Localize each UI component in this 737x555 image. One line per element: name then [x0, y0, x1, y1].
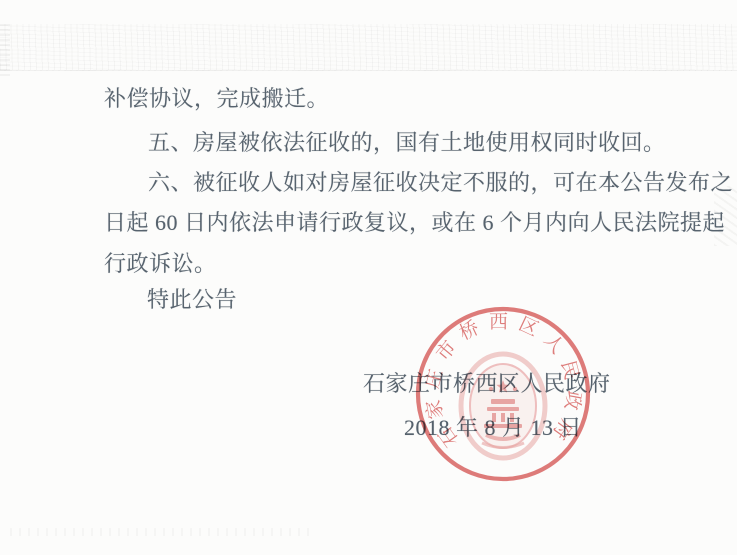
- scanned-notice-page: 补偿协议，完成搬迁。 五、房屋被依法征收的，国有土地使用权同时收回。 六、被征收…: [0, 0, 737, 555]
- issuer-signature: 石家庄市桥西区人民政府: [363, 367, 611, 398]
- scan-noise-band: [0, 24, 737, 71]
- body-line: 六、被征收人如对房屋征收决定不服的，可在本公告发布之: [148, 166, 733, 197]
- body-line: 特此公告: [147, 283, 237, 314]
- scan-noise-edge: [0, 24, 10, 76]
- scan-noise-bottom: [10, 528, 310, 536]
- body-line: 补偿协议，完成搬迁。: [104, 82, 329, 113]
- issue-date: 2018 年 8 月 13 日: [404, 411, 582, 442]
- body-line: 日起 60 日内依法申请行政复议，或在 6 个月内向人民法院提起: [104, 206, 725, 237]
- body-line: 五、房屋被依法征收的，国有土地使用权同时收回。: [148, 126, 666, 157]
- body-line: 行政诉讼。: [104, 247, 217, 278]
